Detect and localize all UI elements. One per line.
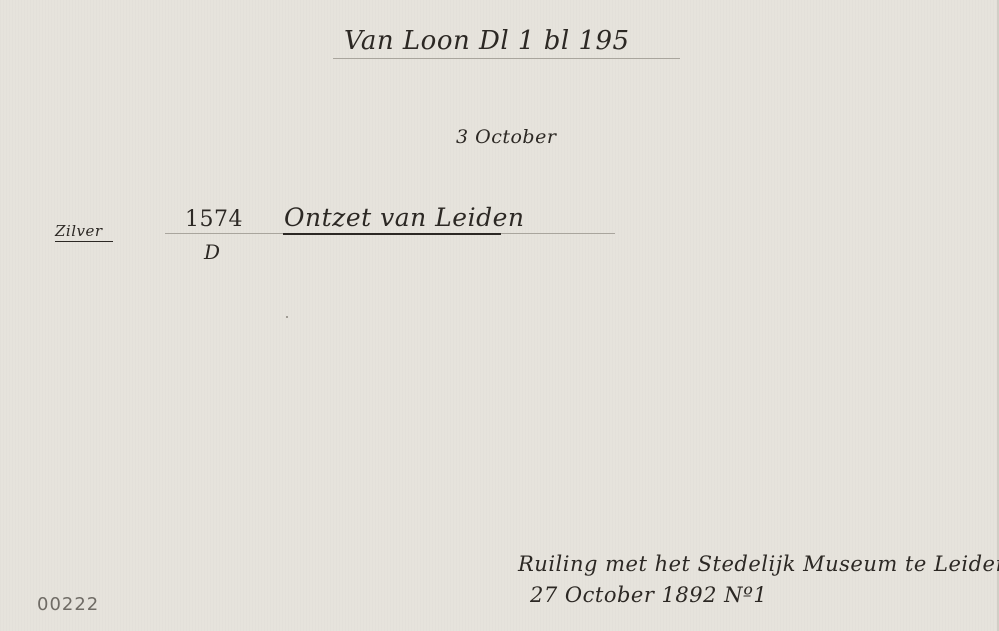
header-reference: Van Loon Dl 1 bl 195 xyxy=(344,26,630,56)
provenance-line-1: Ruiling met het Stedelijk Museum te Leid… xyxy=(518,552,999,576)
title-underline xyxy=(283,233,501,235)
year-text: 1574 xyxy=(185,207,243,232)
header-rule xyxy=(333,58,680,59)
index-card: Van Loon Dl 1 bl 195 3 October Zilver 15… xyxy=(0,0,999,631)
material-label: Zilver xyxy=(55,222,103,240)
material-underline xyxy=(55,241,113,242)
provenance-line-2: 27 October 1892 Nº1 xyxy=(530,583,767,607)
catalog-number: 00222 xyxy=(37,594,99,615)
year-mark: D xyxy=(204,240,221,264)
coin-title: Ontzet van Leiden xyxy=(284,203,524,232)
date-text: 3 October xyxy=(456,126,556,148)
paper-speck xyxy=(286,316,288,318)
